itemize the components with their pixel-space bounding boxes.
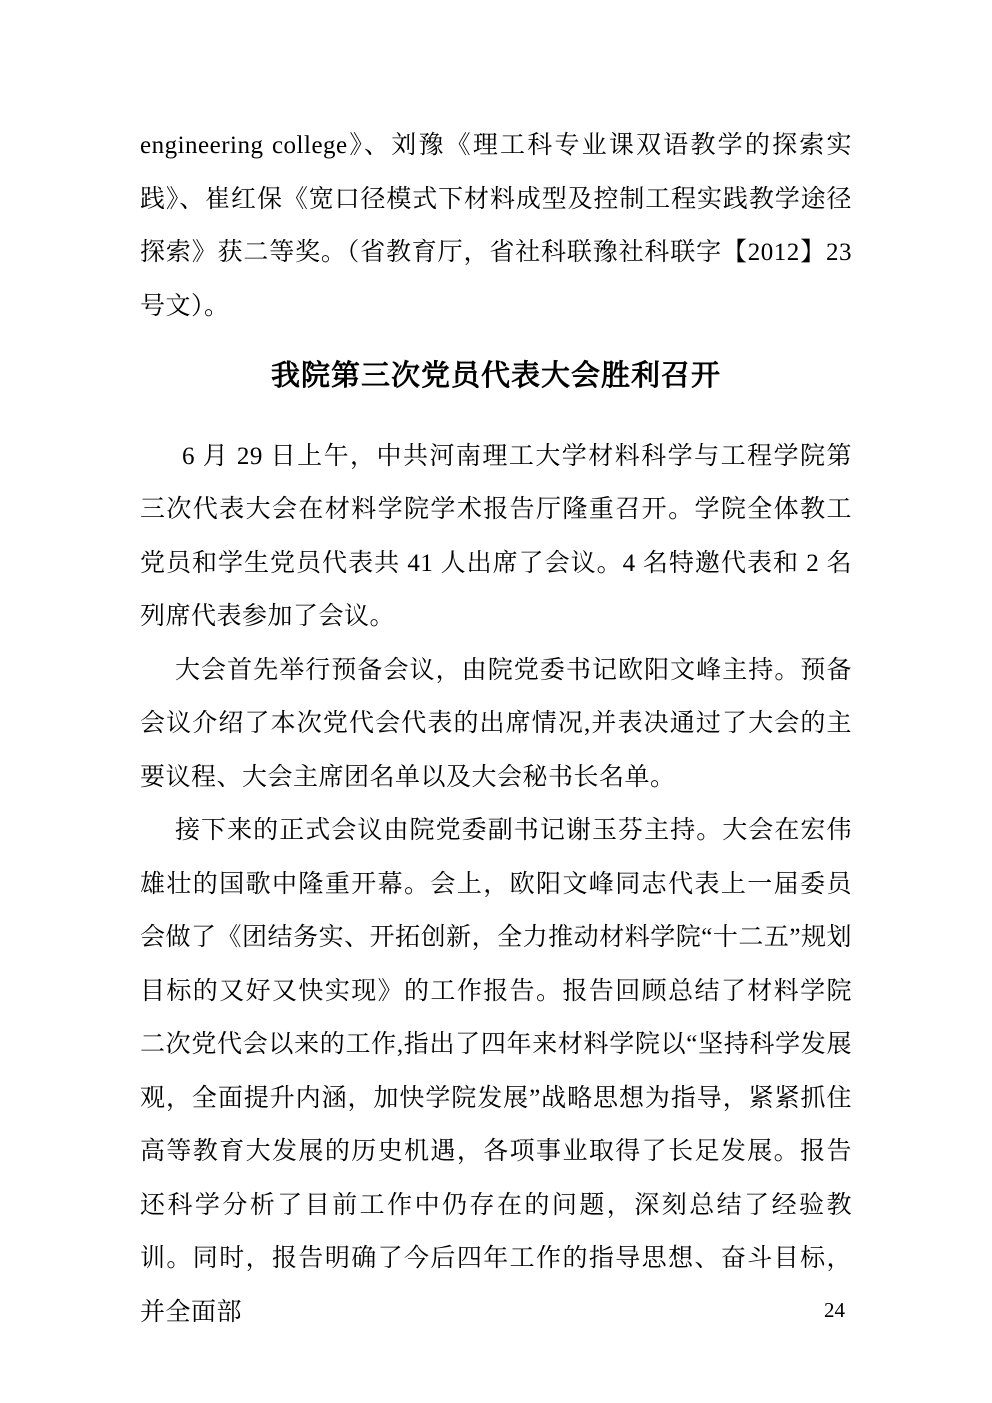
article-title: 我院第三次党员代表大会胜利召开 [140,350,852,404]
paragraph-meeting-opening: 6 月 29 日上午，中共河南理工大学材料科学与工程学院第三次代表大会在材料学院… [140,430,852,644]
paragraph-formal-session: 接下来的正式会议由院党委副书记谢玉芬主持。大会在宏伟雄壮的国歌中隆重开幕。会上，… [140,804,852,1339]
paragraph-awards-continuation: engineering college》、刘豫《理工科专业课双语教学的探索实践》… [140,119,852,333]
page-number: 24 [824,1296,845,1324]
document-page: engineering college》、刘豫《理工科专业课双语教学的探索实践》… [0,0,992,1403]
document-body: engineering college》、刘豫《理工科专业课双语教学的探索实践》… [140,119,852,1339]
paragraph-preparatory-session: 大会首先举行预备会议，由院党委书记欧阳文峰主持。预备会议介绍了本次党代会代表的出… [140,644,852,805]
